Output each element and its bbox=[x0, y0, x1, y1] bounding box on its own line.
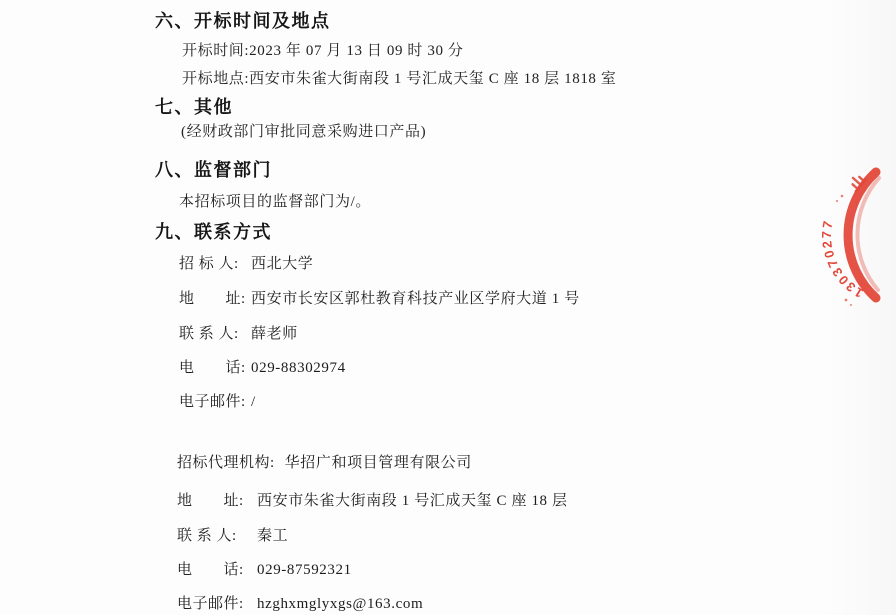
seal-ink-dot bbox=[850, 304, 852, 306]
tenderer-email-value: / bbox=[251, 394, 256, 411]
section-6-heading: 六、开标时间及地点 bbox=[155, 7, 331, 33]
bid-opening-time-line: 开标时间:2023 年 07 月 13 日 09 时 30 分 bbox=[182, 39, 464, 60]
agency-name-row: 招标代理机构: 华招广和项目管理有限公司 bbox=[177, 451, 472, 472]
tenderer-contact-row: 联 系 人: 薛老师 bbox=[179, 322, 298, 343]
agency-address-label: 地 址: bbox=[177, 489, 257, 510]
agency-phone-value: 029-87592321 bbox=[257, 562, 352, 579]
tenderer-email-row: 电子邮件: / bbox=[179, 390, 256, 411]
seal-ink-dot bbox=[845, 299, 848, 302]
supervisory-department-line: 本招标项目的监督部门为/。 bbox=[179, 190, 371, 211]
agency-phone-label: 电 话: bbox=[177, 558, 257, 579]
agency-email-label: 电子邮件: bbox=[177, 592, 257, 613]
tenderer-phone-value: 029-88302974 bbox=[251, 360, 346, 377]
agency-contact-label: 联 系 人: bbox=[177, 524, 257, 545]
document-page: 六、开标时间及地点 开标时间:2023 年 07 月 13 日 09 时 30 … bbox=[0, 0, 896, 615]
agency-name-value: 华招广和项目管理有限公司 bbox=[285, 451, 472, 472]
red-seal-stamp-icon: 130370277 bbox=[776, 138, 896, 366]
agency-address-value: 西安市朱雀大街南段 1 号汇成天玺 C 座 18 层 bbox=[257, 489, 568, 510]
agency-address-row: 地 址: 西安市朱雀大街南段 1 号汇成天玺 C 座 18 层 bbox=[177, 489, 568, 510]
agency-email-value: hzghxmglyxgs@163.com bbox=[257, 596, 423, 613]
tenderer-name-row: 招 标 人: 西北大学 bbox=[179, 252, 313, 273]
tenderer-contact-value: 薛老师 bbox=[251, 322, 298, 343]
tenderer-address-value: 西安市长安区郭杜教育科技产业区学府大道 1 号 bbox=[251, 287, 580, 308]
agency-contact-row: 联 系 人: 秦工 bbox=[177, 524, 288, 545]
import-approval-note: (经财政部门审批同意采购进口产品) bbox=[181, 120, 426, 141]
tenderer-contact-label: 联 系 人: bbox=[179, 322, 251, 343]
tenderer-address-label: 地 址: bbox=[179, 287, 251, 308]
seal-ink-dot bbox=[841, 195, 844, 198]
tenderer-phone-row: 电 话: 029-88302974 bbox=[179, 356, 346, 377]
section-7-heading: 七、其他 bbox=[155, 93, 233, 119]
tenderer-phone-label: 电 话: bbox=[179, 356, 251, 377]
seal-ink-dot bbox=[836, 200, 838, 202]
tenderer-name-label: 招 标 人: bbox=[179, 252, 251, 273]
agency-phone-row: 电 话: 029-87592321 bbox=[177, 558, 352, 579]
tenderer-email-label: 电子邮件: bbox=[179, 390, 251, 411]
tenderer-address-row: 地 址: 西安市长安区郭杜教育科技产业区学府大道 1 号 bbox=[179, 287, 580, 308]
agency-email-row: 电子邮件: hzghxmglyxgs@163.com bbox=[177, 592, 423, 613]
section-9-heading: 九、联系方式 bbox=[155, 218, 272, 244]
agency-contact-value: 秦工 bbox=[257, 524, 288, 545]
bid-opening-place-line: 开标地点:西安市朱雀大街南段 1 号汇成天玺 C 座 18 层 1818 室 bbox=[182, 67, 616, 88]
section-8-heading: 八、监督部门 bbox=[155, 156, 272, 182]
tenderer-name-value: 西北大学 bbox=[251, 252, 313, 273]
agency-name-label: 招标代理机构: bbox=[177, 451, 275, 472]
